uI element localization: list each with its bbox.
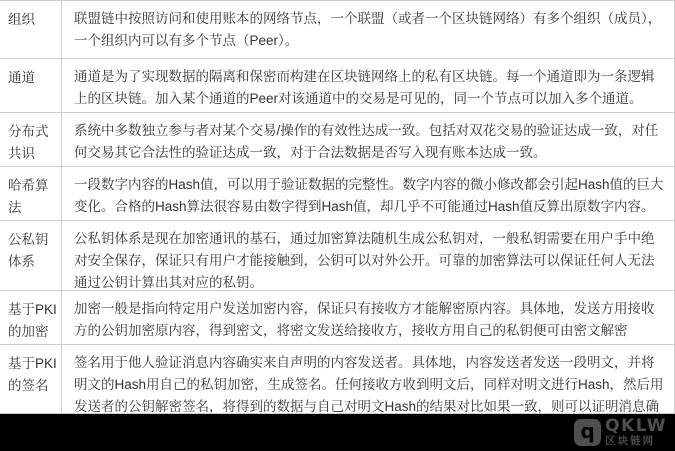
table-row: 组织 联盟链中按照访问和使用账本的网络节点，一个联盟（或者一个区块链网络）有多个… [0,1,674,59]
definition-cell: 签名用于他人验证消息内容确实来自声明的内容发送者。具体地，内容发送者发送一段明文… [62,345,674,413]
definition-cell: 通道是为了实现数据的隔离和保密而构建在区块链网络上的私有区块链。每一个通道即为一… [62,59,674,112]
table-row: 基于PKI的签名 签名用于他人验证消息内容确实来自声明的内容发送者。具体地，内容… [0,345,674,414]
qklw-logo: q QKLW 区块链网 [574,418,667,447]
term-cell: 公私钥体系 [0,221,62,290]
term-cell: 哈希算法 [0,167,62,220]
term-cell: 基于PKI的加密 [0,291,62,344]
definition-cell: 公私钥体系是现在加密通讯的基石，通过加密算法随机生成公私钥对，一般私钥需要在用户… [62,221,674,290]
definition-cell: 一段数字内容的Hash值，可以用于验证数据的完整性。数字内容的微小修改都会引起H… [62,167,674,220]
table-row: 公私钥体系 公私钥体系是现在加密通讯的基石，通过加密算法随机生成公私钥对，一般私… [0,221,674,291]
definition-cell: 联盟链中按照访问和使用账本的网络节点，一个联盟（或者一个区块链网络）有多个组织（… [62,1,674,58]
term-cell: 分布式共识 [0,113,62,166]
term-cell: 通道 [0,59,62,112]
glossary-table: 组织 联盟链中按照访问和使用账本的网络节点，一个联盟（或者一个区块链网络）有多个… [0,0,675,414]
definition-cell: 加密一般是指向特定用户发送加密内容，保证只有接收方才能解密原内容。具体地，发送方… [62,291,674,344]
watermark-bar: q QKLW 区块链网 [0,414,675,451]
table-row: 分布式共识 系统中多数独立参与者对某个交易/操作的有效性达成一致。包括对双花交易… [0,113,674,167]
table-row: 基于PKI的加密 加密一般是指向特定用户发送加密内容，保证只有接收方才能解密原内… [0,291,674,345]
qklw-logo-icon: q [574,419,601,446]
logo-text: QKLW [605,418,667,435]
definition-cell: 系统中多数独立参与者对某个交易/操作的有效性达成一致。包括对双花交易的验证达成一… [62,113,674,166]
table-row: 通道 通道是为了实现数据的隔离和保密而构建在区块链网络上的私有区块链。每一个通道… [0,59,674,113]
term-cell: 基于PKI的签名 [0,345,62,413]
table-row: 哈希算法 一段数字内容的Hash值，可以用于验证数据的完整性。数字内容的微小修改… [0,167,674,221]
logo-subtext: 区块链网 [605,436,655,447]
term-cell: 组织 [0,1,62,58]
